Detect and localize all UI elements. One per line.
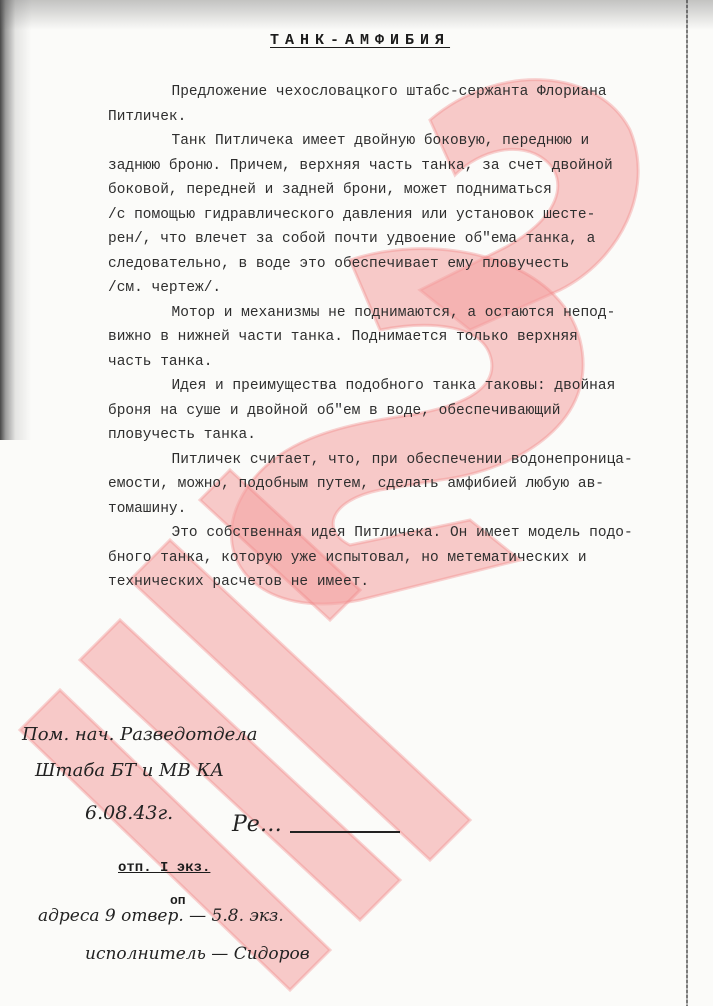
document-line: Это собственная идея Питличека. Он имеет… [128, 521, 688, 546]
handwritten-signature: Ре… [232, 812, 282, 837]
document-line: боковой, передней и задней брони, может … [108, 178, 688, 203]
document-line: Предложение чехословацкого штабс-сержант… [128, 80, 688, 105]
handwritten-date: 6.08.43г. [85, 802, 173, 824]
document-line: Питличек считает, что, при обеспечении в… [128, 448, 688, 473]
handwritten-note-line-2: Штаба БТ и МВ КА [35, 760, 224, 781]
document-line: рен/, что влечет за собой почти удвоение… [108, 227, 688, 252]
document-line: /с помощью гидравлического давления или … [108, 203, 688, 228]
document-line: Идея и преимущества подобного танка тако… [128, 374, 688, 399]
scan-shadow-top [0, 0, 713, 30]
document-line: броня на суше и двойной об"ем в воде, об… [108, 399, 688, 424]
copy-note: отп. I экз. [118, 860, 210, 876]
signature-line [290, 831, 400, 833]
document-line: Мотор и механизмы не поднимаются, а оста… [128, 301, 688, 326]
document-line: /см. чертеж/. [108, 276, 688, 301]
scan-shadow-left [0, 0, 70, 440]
document-line: емости, можно, подобным путем, сделать а… [108, 472, 688, 497]
document-line: Питличек. [108, 105, 688, 130]
document-line: технических расчетов не имеет. [108, 570, 688, 595]
document-line: томашину. [108, 497, 688, 522]
handwritten-note-line-1: Пом. нач. Разведотдела [22, 724, 258, 745]
document-title: ТАНК-АМФИБИЯ [270, 32, 450, 49]
document-line: бного танка, которую уже испытовал, но м… [108, 546, 688, 571]
document-line: следовательно, в воде это обеспечивает е… [108, 252, 688, 277]
document-body: Предложение чехословацкого штабс-сержант… [128, 80, 688, 595]
handwritten-footer-line-2: исполнитель — Сидоров [85, 944, 310, 964]
document-line: пловучесть танка. [108, 423, 688, 448]
document-line: часть танка. [108, 350, 688, 375]
document-line: заднюю броню. Причем, верхняя часть танк… [108, 154, 688, 179]
document-line: вижно в нижней части танка. Поднимается … [108, 325, 688, 350]
handwritten-footer-line-1: адреса 9 отвер. — 5.8. экз. [38, 906, 284, 926]
document-line: Танк Питличека имеет двойную боковую, пе… [128, 129, 688, 154]
